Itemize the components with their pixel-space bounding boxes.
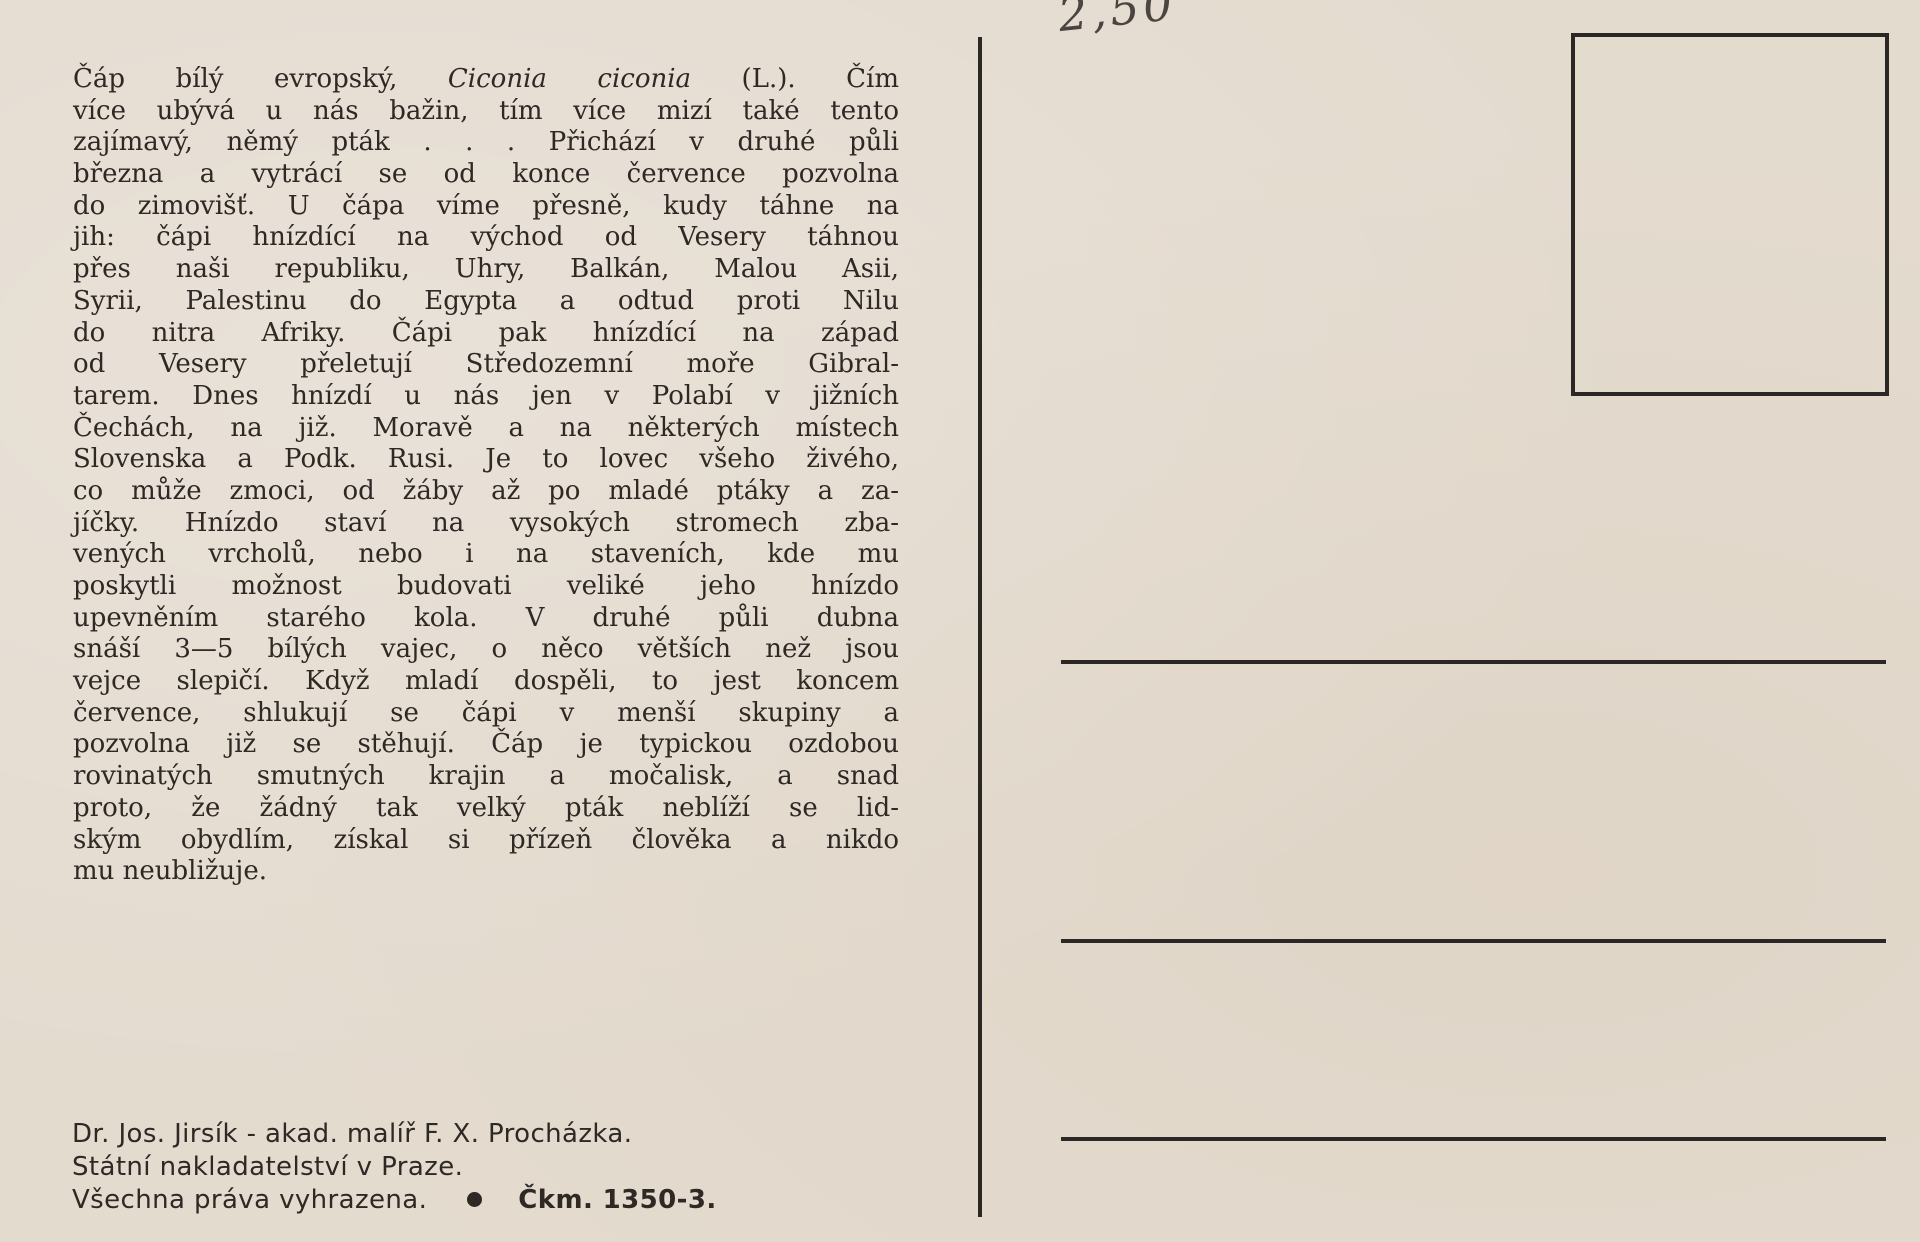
text-line: upevněním starého kola. V druhé půli dub… — [73, 603, 899, 635]
stork-description-text: Čáp bílý evropský, Ciconia ciconia (L.).… — [73, 64, 899, 888]
address-line-2 — [1061, 939, 1886, 943]
center-divider-line — [978, 37, 982, 1217]
text-line: Čáp bílý evropský, Ciconia ciconia (L.).… — [73, 64, 899, 96]
text-line: poskytli možnost budovati veliké jeho hn… — [73, 571, 899, 603]
text-line: Čechách, na již. Moravě a na některých m… — [73, 413, 899, 445]
text-line: vejce slepičí. Když mladí dospěli, to je… — [73, 666, 899, 698]
text-line: snáší 3—5 bílých vajec, o něco větších n… — [73, 634, 899, 666]
text-line: Syrii, Palestinu do Egypta a odtud proti… — [73, 286, 899, 318]
publisher-line: Státní nakladatelství v Praze. — [72, 1151, 717, 1184]
bullet-dot-icon — [467, 1192, 482, 1207]
text-line: přes naši republiku, Uhry, Balkán, Malou… — [73, 254, 899, 286]
text-line: ským obydlím, získal si přízeň člověka a… — [73, 825, 899, 857]
authors-line: Dr. Jos. Jirsík - akad. malíř F. X. Proc… — [72, 1118, 717, 1151]
text-line: více ubývá u nás bažin, tím více mizí ta… — [73, 96, 899, 128]
text-line: co může zmoci, od žáby až po mladé ptáky… — [73, 476, 899, 508]
text-line: proto, že žádný tak velký pták neblíží s… — [73, 793, 899, 825]
text-line: vených vrcholů, nebo i na staveních, kde… — [73, 539, 899, 571]
text-line: mu neubližuje. — [73, 856, 899, 888]
text-line: pozvolna již se stěhují. Čáp je typickou… — [73, 729, 899, 761]
text-line: od Vesery přeletují Středozemní moře Gib… — [73, 349, 899, 381]
catalog-code: Čkm. 1350-3. — [518, 1185, 716, 1215]
text-line: tarem. Dnes hnízdí u nás jen v Polabí v … — [73, 381, 899, 413]
stamp-box — [1571, 33, 1889, 396]
publisher-footer: Dr. Jos. Jirsík - akad. malíř F. X. Proc… — [72, 1118, 717, 1217]
rights-line: Všechna práva vyhrazena.Čkm. 1350-3. — [72, 1184, 717, 1217]
text-line: do zimovišť. U čápa víme přesně, kudy tá… — [73, 191, 899, 223]
handwritten-price: 2,50 — [1056, 0, 1179, 42]
text-line: července, shlukují se čápi v menší skupi… — [73, 698, 899, 730]
text-line: do nitra Afriky. Čápi pak hnízdící na zá… — [73, 318, 899, 350]
text-line: března a vytrácí se od konce července po… — [73, 159, 899, 191]
address-line-3 — [1061, 1137, 1886, 1141]
address-line-1 — [1061, 660, 1886, 664]
text-line: Slovenska a Podk. Rusi. Je to lovec všeh… — [73, 444, 899, 476]
text-line: zajímavý, němý pták . . . Přichází v dru… — [73, 127, 899, 159]
text-line: rovinatých smutných krajin a močalisk, a… — [73, 761, 899, 793]
text-line: jih: čápi hnízdící na východ od Vesery t… — [73, 222, 899, 254]
text-line: jíčky. Hnízdo staví na vysokých stromech… — [73, 508, 899, 540]
rights-text: Všechna práva vyhrazena. — [72, 1185, 427, 1215]
